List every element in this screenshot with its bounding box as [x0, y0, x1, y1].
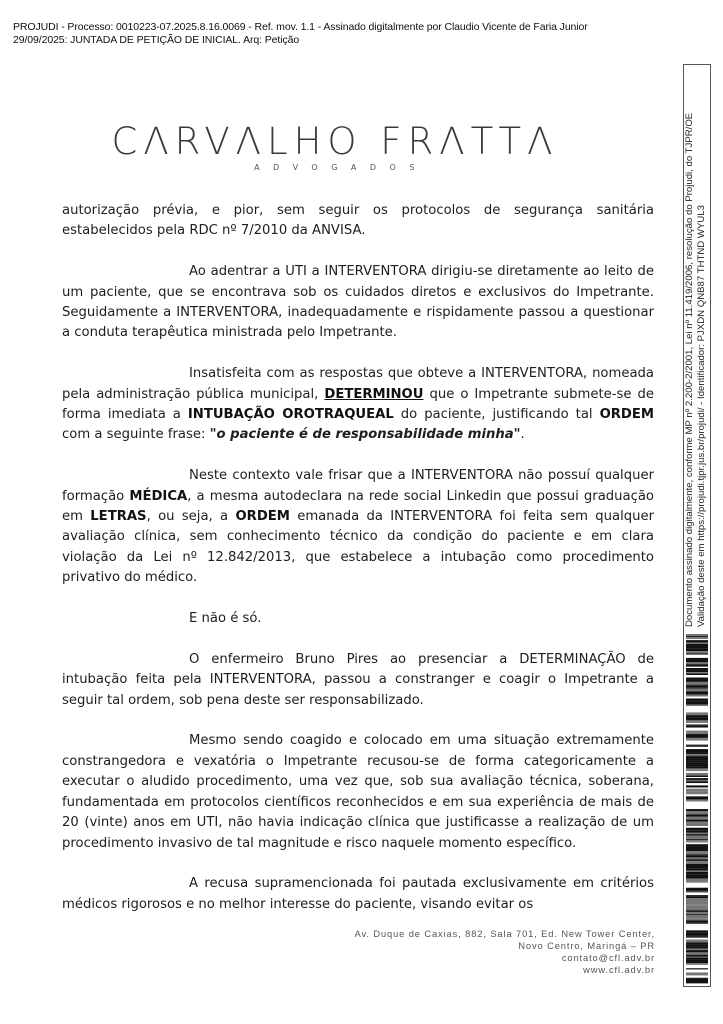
paragraph-8: A recusa supramencionada foi pautada exc… [62, 874, 654, 915]
paragraph-4: Neste contexto vale frisar que a INTERVE… [62, 466, 654, 588]
paragraph-7: Mesmo sendo coagido e colocado em uma si… [62, 731, 654, 853]
footer-email: contato@cfl.adv.br [355, 952, 655, 964]
document-body: autorização prévia, e pior, sem seguir o… [62, 201, 654, 936]
filing-info-line: 29/09/2025: JUNTADA DE PETIÇÃO DE INICIA… [13, 34, 588, 47]
footer-website: www.cfl.adv.br [355, 964, 655, 976]
emphasis-ordem: ORDEM [235, 509, 289, 524]
document-footer: Av. Duque de Caxias, 882, Sala 701, Ed. … [355, 928, 655, 976]
text-span: com a seguinte frase: [62, 427, 210, 442]
footer-address-line-1: Av. Duque de Caxias, 882, Sala 701, Ed. … [355, 928, 655, 940]
text-span: . [521, 427, 525, 442]
emphasis-ordem: ORDEM [600, 407, 654, 422]
logo-name: CΛRVΛLHO FRΛTTΛ [0, 122, 670, 162]
paragraph-1: autorização prévia, e pior, sem seguir o… [62, 201, 654, 242]
law-firm-logo: CΛRVΛLHO FRΛTTΛ ADVOGADOS [0, 122, 670, 174]
footer-address-line-2: Novo Centro, Maringá – PR [355, 940, 655, 952]
emphasis-intubacao: INTUBAÇÃO OROTRAQUEAL [188, 407, 394, 422]
paragraph-6: O enfermeiro Bruno Pires ao presenciar a… [62, 650, 654, 711]
emphasis-determinou: DETERMINOU [324, 387, 423, 402]
paragraph-5: E não é só. [62, 609, 654, 629]
emphasis-medica: MÉDICA [129, 489, 187, 504]
text-span: do paciente, justificando tal [394, 407, 600, 422]
signature-stamp-line-2: Validação deste em https://projudi.tjpr.… [696, 73, 708, 627]
digital-signature-stamp: Documento assinado digitalmente, conform… [683, 64, 711, 987]
signature-stamp-text: Documento assinado digitalmente, conform… [684, 73, 710, 633]
signature-stamp-line-1: Documento assinado digitalmente, conform… [684, 73, 696, 627]
paragraph-3: Insatisfeita com as respostas que obteve… [62, 364, 654, 446]
text-span: , ou seja, a [147, 509, 236, 524]
document-header: PROJUDI - Processo: 0010223-07.2025.8.16… [13, 21, 588, 46]
emphasis-letras: LETRAS [90, 509, 146, 524]
logo-subtitle: ADVOGADOS [0, 162, 670, 174]
process-info-line: PROJUDI - Processo: 0010223-07.2025.8.16… [13, 21, 588, 34]
barcode-graphic [686, 634, 708, 984]
barcode [686, 634, 708, 984]
quote: "o paciente é de responsabilidade minha" [210, 427, 521, 442]
paragraph-2: Ao adentrar a UTI a INTERVENTORA dirigiu… [62, 262, 654, 344]
